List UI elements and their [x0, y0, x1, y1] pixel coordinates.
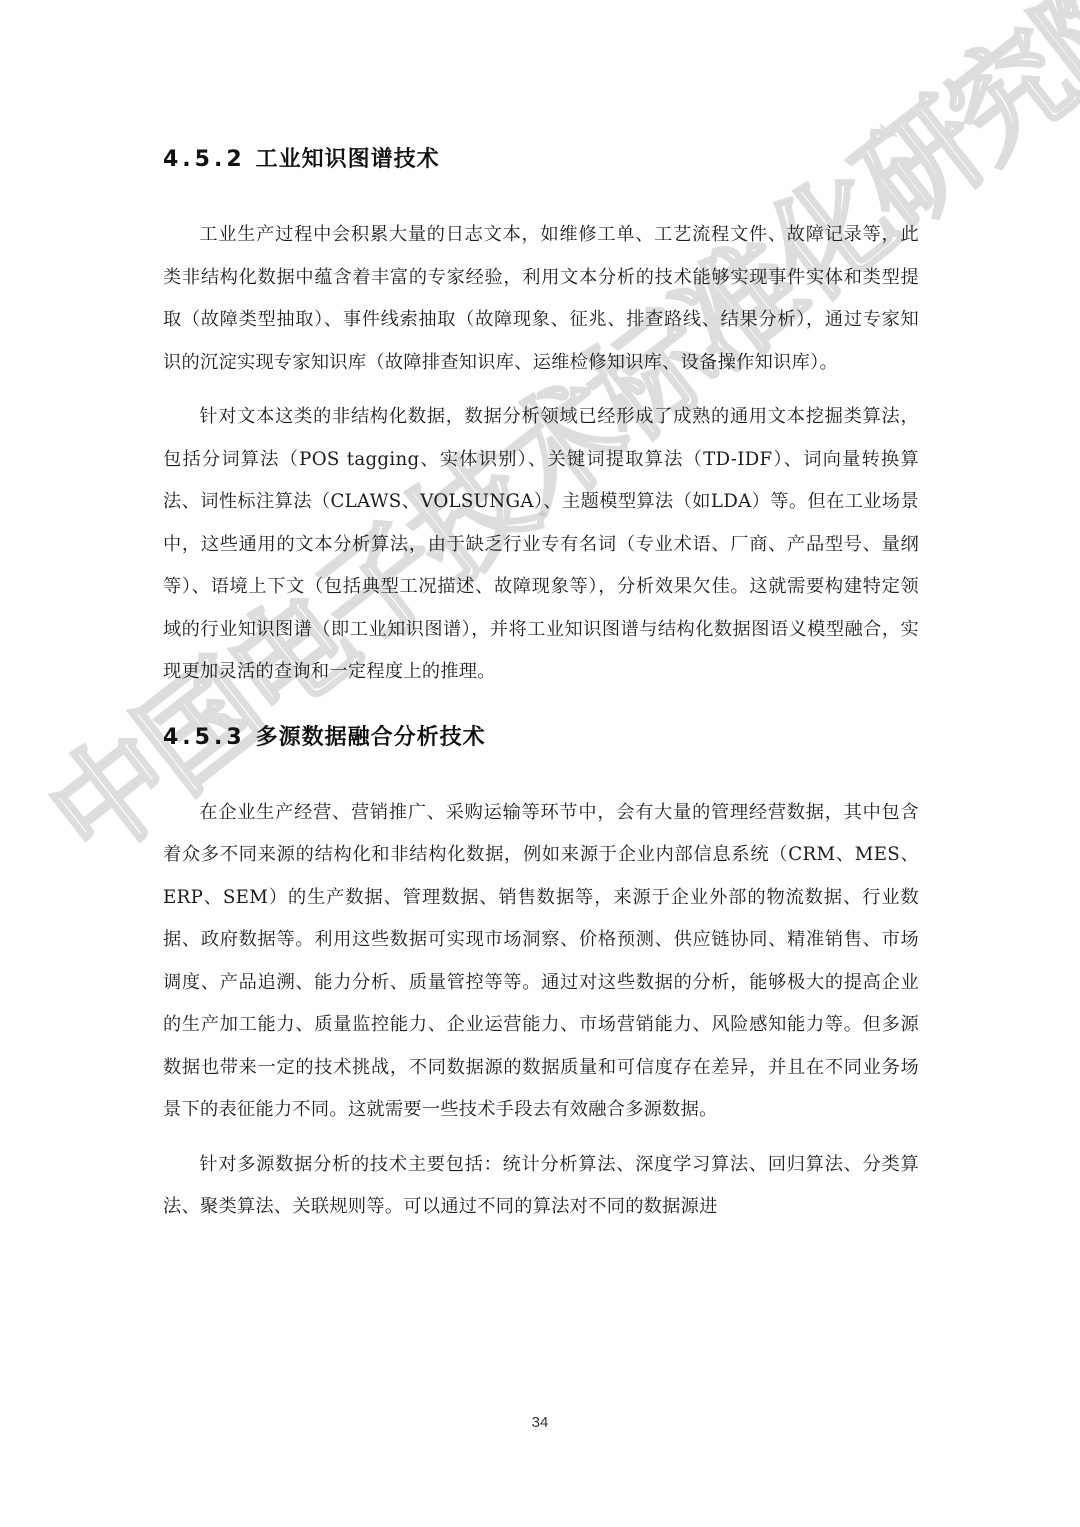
- section-title: 工业知识图谱技术: [256, 147, 440, 172]
- paragraph: 在企业生产经营、营销推广、采购运输等环节中，会有大量的管理经营数据，其中包含着众…: [163, 792, 919, 1132]
- document-page: 中国电子技术标准化研究院 4.5.2工业知识图谱技术 工业生产过程中会积累大量的…: [0, 0, 1080, 1527]
- section-heading-4-5-2: 4.5.2工业知识图谱技术: [163, 138, 919, 182]
- section-number: 4.5.3: [163, 725, 246, 750]
- page-number: 34: [0, 1414, 1080, 1431]
- paragraph: 针对多源数据分析的技术主要包括：统计分析算法、深度学习算法、回归算法、分类算法、…: [163, 1144, 919, 1229]
- section-heading-4-5-3: 4.5.3多源数据融合分析技术: [163, 716, 919, 760]
- section-number: 4.5.2: [163, 147, 246, 172]
- paragraph: 针对文本这类的非结构化数据，数据分析领域已经形成了成熟的通用文本挖掘类算法，包括…: [163, 396, 919, 694]
- paragraph: 工业生产过程中会积累大量的日志文本，如维修工单、工艺流程文件、故障记录等，此类非…: [163, 214, 919, 384]
- page-content: 4.5.2工业知识图谱技术 工业生产过程中会积累大量的日志文本，如维修工单、工艺…: [163, 138, 919, 1229]
- section-title: 多源数据融合分析技术: [256, 725, 486, 750]
